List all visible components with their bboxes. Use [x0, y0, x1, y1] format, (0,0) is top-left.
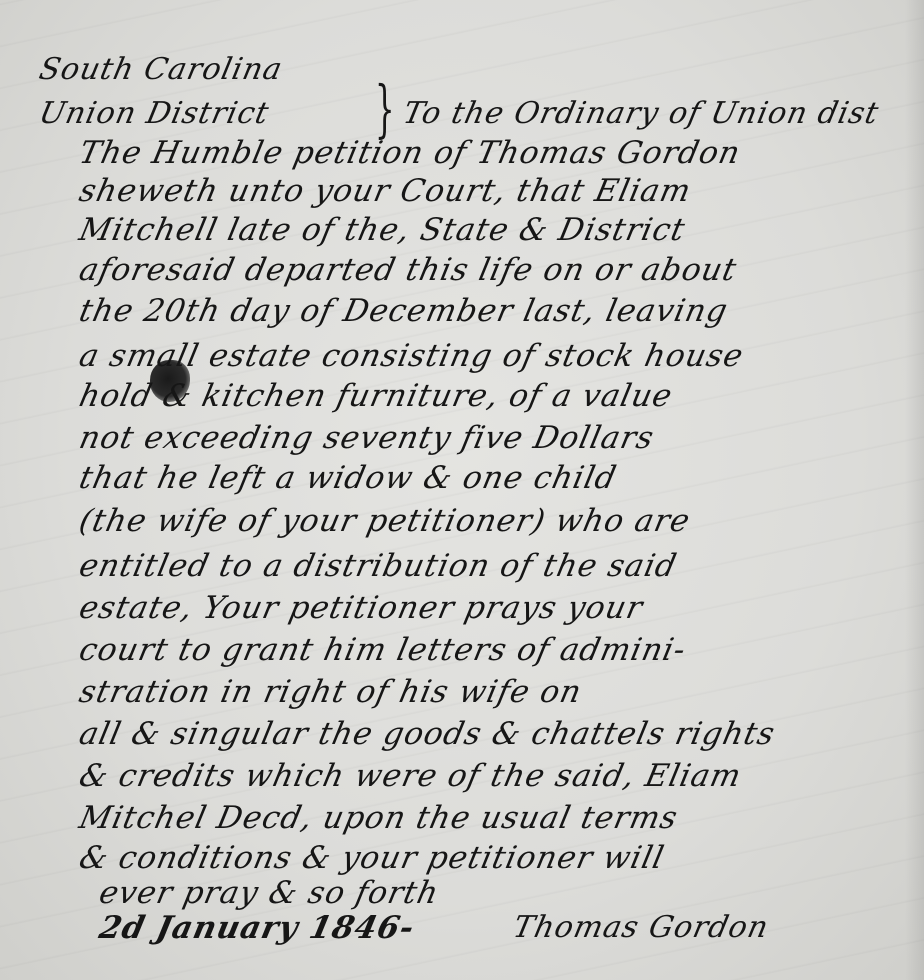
- heading-district: Union District: [36, 96, 272, 131]
- body-line-12: estate, Your petitioner prays your: [76, 590, 646, 626]
- body-line-3: Mitchell late of the, State & District: [76, 212, 689, 248]
- heading-state: South Carolina: [36, 52, 286, 87]
- body-line-4: aforesaid departed this life on or about: [76, 252, 740, 288]
- body-line-19: ever pray & so forth: [96, 875, 442, 911]
- body-line-14: stration in right of his wife on: [76, 674, 585, 710]
- body-line-1: The Humble petition of Thomas Gordon: [76, 135, 744, 171]
- body-line-18: & conditions & your petitioner will: [76, 840, 668, 876]
- body-line-7: hold & kitchen furniture, of a value: [76, 378, 676, 414]
- document-date: 2d January 1846-: [96, 910, 418, 946]
- body-line-15: all & singular the goods & chattels righ…: [76, 716, 778, 752]
- body-line-16: & credits which were of the said, Eliam: [76, 758, 745, 794]
- signature: Thomas Gordon: [510, 910, 772, 945]
- body-line-8: not exceeding seventy five Dollars: [76, 420, 657, 456]
- body-line-6: a small estate consisting of stock house: [76, 338, 747, 374]
- heading-addressee: To the Ordinary of Union dist: [400, 96, 882, 131]
- body-line-13: court to grant him letters of admini-: [76, 632, 689, 668]
- body-line-10: (the wife of your petitioner) who are: [76, 503, 694, 539]
- body-line-11: entitled to a distribution of the said: [76, 548, 680, 584]
- body-line-17: Mitchel Decd, upon the usual terms: [76, 800, 681, 836]
- body-line-9: that he left a widow & one child: [76, 460, 620, 496]
- page-edge: [905, 0, 924, 980]
- body-line-5: the 20th day of December last, leaving: [76, 293, 731, 329]
- body-line-2: sheweth unto your Court, that Eliam: [76, 173, 695, 209]
